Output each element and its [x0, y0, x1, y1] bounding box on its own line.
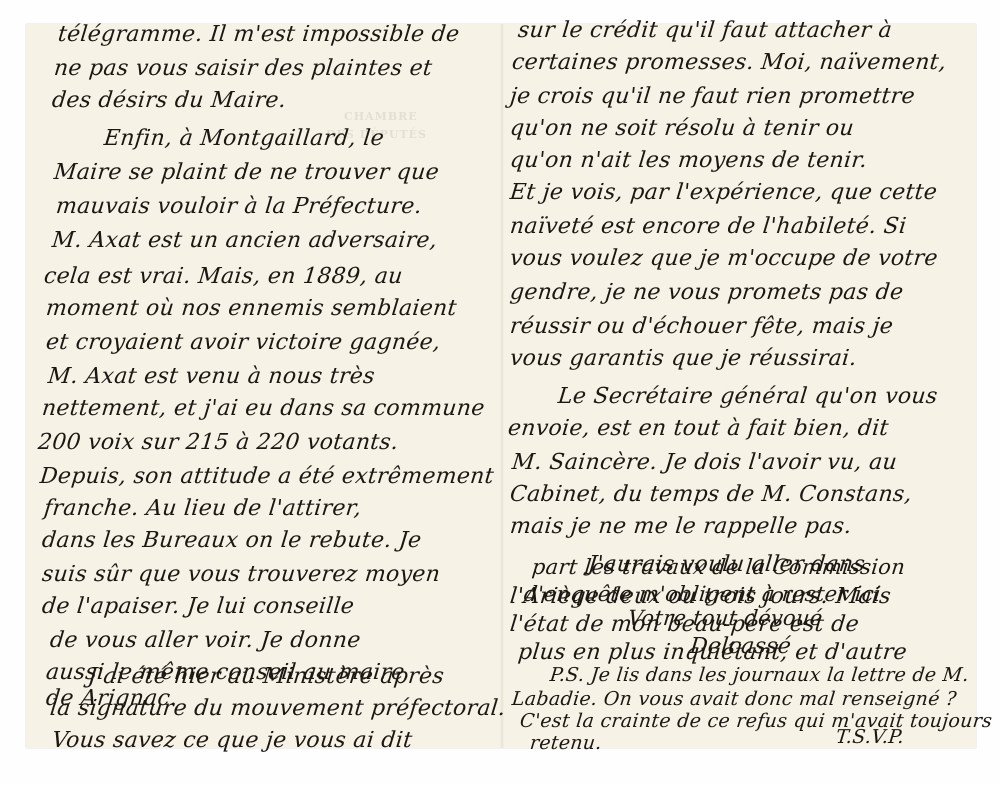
tsvp-note: T.S.V.P.: [835, 726, 905, 748]
letter-line: J'ai été hier au Ministère après: [87, 664, 446, 689]
postscript-line: C'est la crainte de ce refus qui m'avait…: [519, 710, 994, 732]
letter-line: Vous savez ce que je vous ai dit: [51, 728, 414, 753]
letter-line: la signature du mouvement préfectoral.: [49, 696, 507, 721]
letter-line: d'enquête m'obligent à rester ici: [523, 582, 882, 606]
valediction: Votre tout dévoué: [627, 606, 824, 630]
postscript-line: P.S. Je lis dans les journaux la lettre …: [549, 664, 970, 686]
closing-overlay: part les travaux de la Commission d'enqu…: [0, 0, 1000, 785]
postscript-line: retenu.: [529, 732, 603, 754]
letter-line: part les travaux de la Commission: [531, 555, 907, 579]
scanned-letter: CHAMBRE DES DÉPUTÉS télégramme. Il m'est…: [0, 0, 1000, 785]
postscript-line: Labadie. On vous avait donc mal renseign…: [511, 688, 958, 710]
signature: Delcassé: [689, 634, 793, 659]
